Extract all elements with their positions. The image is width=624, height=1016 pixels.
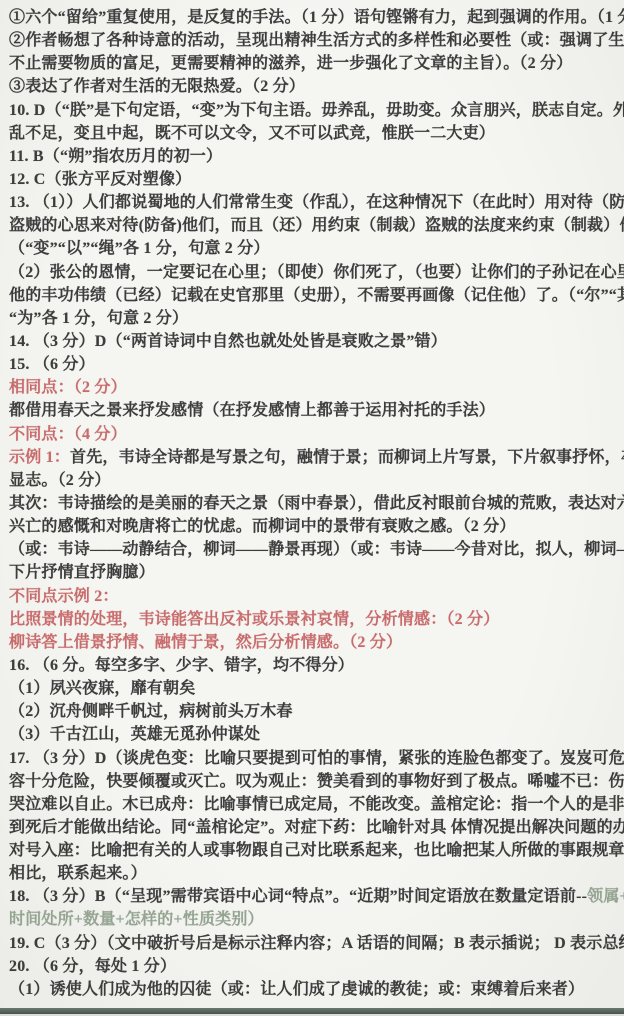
answer-lines: ①六个“留给”重复使用，是反复的手法。（1 分）语句铿锵有力，起到强调的作用。（… [9,6,616,1001]
text-line: 相同点：（2 分） [9,376,616,399]
text-segment: （3）千古江山，英雄无觅孙仲谋处 [9,726,260,743]
text-segment: 11. B（“朔”指农历月的初一） [9,148,222,165]
text-line: 他的丰功伟绩（已经）记载在史官那里（史册），不需要再画像（记住他）了。（“尔”“… [9,284,616,307]
answer-key-document: ①六个“留给”重复使用，是反复的手法。（1 分）语句铿锵有力，起到强调的作用。（… [0,0,624,1016]
text-segment: “为”各 1 分，句意 2 分） [9,310,188,327]
text-segment: 对号入座：比喻把有关的人或事物跟自己对比联系起来，也比喻把某人所做的事跟规章制度 [9,842,624,859]
text-segment: ③表达了作者对生活的无限热爱。（2 分） [9,78,305,95]
text-line: 盗贼的心思来对待(防备)他们，而且（还）用约束（制裁）盗贼的法度来约束（制裁）他… [9,214,616,237]
text-line: 不止需要物质的富足，更需要精神的滋养，进一步强化了文章的主旨）。（2 分） [9,52,616,75]
text-line: 时间处所+数量+怎样的+性质类别） [9,908,616,931]
text-line: 10. D（“朕”是下句定语，“变”为下句主语。毋养乱，毋助变。众言朋兴，朕志自… [9,99,616,122]
text-segment: （2）沉舟侧畔千帆过，病树前头万木春 [9,703,293,720]
text-line: 12. C（张方平反对塑像） [9,168,616,191]
text-line: 不同点：（4 分） [9,423,616,446]
text-line: （2）张公的恩情，一定要记在心里；（即使）你们死了，（也要）让你们的子孙记在心里… [9,261,616,284]
text-line: ②作者畅想了各种诗意的活动，呈现出精神生活方式的多样性和必要性（或：强调了生活中 [9,29,616,52]
text-segment: 不止需要物质的富足，更需要精神的滋养，进一步强化了文章的主旨）。（2 分） [9,55,572,72]
text-segment: 16. （6 分。每空多字、少字、错字，均不得分） [9,657,354,674]
text-segment: 显志。（2 分） [9,472,111,489]
text-line: 容十分危险，快要倾覆或灭亡。叹为观止：赞美看到的事物好到了极点。唏嘘不已：伤心地 [9,770,616,793]
text-line: ③表达了作者对生活的无限热爱。（2 分） [9,75,616,98]
text-line: ①六个“留给”重复使用，是反复的手法。（1 分）语句铿锵有力，起到强调的作用。（… [9,6,616,29]
text-line: 比照景情的处理，韦诗能答出反衬或乐景衬哀情，分析情感：（2 分） [9,608,616,631]
text-segment: 比照景情的处理，韦诗能答出反衬或乐景衬哀情，分析情感：（2 分） [9,611,499,628]
text-line: 下片抒情直抒胸臆） [9,561,616,584]
text-segment: 领属+ [587,888,624,905]
text-segment: 盗贼的心思来对待(防备)他们，而且（还）用约束（制裁）盗贼的法度来约束（制裁）他… [9,217,624,234]
text-segment: 19. C（3 分）（文中破折号后是标示注释内容；A 话语的间隔；B 表示插说；… [9,935,624,952]
text-segment: 不同点：（4 分） [9,426,127,443]
text-segment: 哭泣难以自止。木已成舟：比喻事情已成定局，不能改变。盖棺定论：指一个人的是非功过 [9,796,624,813]
text-line: “为”各 1 分，句意 2 分） [9,307,616,330]
text-line: 相比，联系起来。） [9,862,616,885]
text-segment: （2）张公的恩情，一定要记在心里；（即使）你们死了，（也要）让你们的子孙记在心里… [9,264,624,281]
text-segment: 乱不足，变且中起，既不可以文令，又不可以武竞，惟朕一二大吏） [9,125,495,142]
text-segment: （1）诱使人们成为他的囚徒（或：让人们成了虔诚的教徒；或：束缚着后来者） [9,981,584,998]
text-line: 显志。（2 分） [9,469,616,492]
text-segment: 容十分危险，快要倾覆或灭亡。叹为观止：赞美看到的事物好到了极点。唏嘘不已：伤心地 [9,773,624,790]
text-segment: 时间处所+数量+怎样的+性质类别） [9,911,264,928]
text-segment: 到死后才能做出结论。同“盖棺论定”。对症下药：比喻针对具 体情况提出解决问题的办… [9,819,624,836]
text-segment: 他的丰功伟绩（已经）记载在史官那里（史册），不需要再画像（记住他）了。（“尔”“… [9,287,624,304]
text-segment: 首先，韦诗全诗都是写景之句，融情于景；而柳词上片写景，下片叙事抒怀，卒章 [70,449,624,466]
text-line: 17. （3 分）D（谈虎色变：比喻只要提到可怕的事情，紧张的连脸色都变了。岌岌… [9,747,616,770]
text-line: 其次：韦诗描绘的是美丽的春天之景（雨中春景），借此反衬眼前台城的荒败，表达对六朝 [9,492,616,515]
text-line: 不同点示例 2： [9,585,616,608]
text-segment: 15. （6 分） [9,356,95,373]
text-line: 18. （3 分）B（“呈现”需带宾语中心词“特点”。“近期”时间定语放在数量定… [9,885,616,908]
text-segment: 13. （1））人们都说蜀地的人们常常生变（作乱），在这种情况下（在此时）用对待… [9,194,624,211]
text-segment: 下片抒情直抒胸臆） [9,564,155,581]
text-segment: 相比，联系起来。） [9,865,147,882]
text-segment: ②作者畅想了各种诗意的活动，呈现出精神生活方式的多样性和必要性（或：强调了生活中 [9,32,624,49]
text-segment: 18. （3 分）B（“呈现”需带宾语中心词“特点”。“近期”时间定语放在数量定… [9,888,587,905]
text-segment: （或：韦诗——动静结合，柳词——静景再现）（或：韦诗——今昔对比，拟人，柳词—— [9,541,624,558]
text-line: 柳诗答上借景抒情、融情于景，然后分析情感。（2 分） [9,631,616,654]
text-segment: 20. （6 分，每处 1 分） [9,958,176,975]
text-segment: 12. C（张方平反对塑像） [9,171,191,188]
text-segment: 17. （3 分）D（谈虎色变：比喻只要提到可怕的事情，紧张的连脸色都变了。岌岌… [9,750,624,767]
text-segment: 都借用春天之景来抒发感情（在抒发感情上都善于运用衬托的手法） [9,402,495,419]
text-line: （1）夙兴夜寐，靡有朝矣 [9,677,616,700]
text-line: 19. C（3 分）（文中破折号后是标示注释内容；A 话语的间隔；B 表示插说；… [9,932,616,955]
text-line: 到死后才能做出结论。同“盖棺论定”。对症下药：比喻针对具 体情况提出解决问题的办… [9,816,616,839]
bottom-edge-bar [0,1008,624,1014]
text-segment: 相同点：（2 分） [9,379,127,396]
text-line: 都借用春天之景来抒发感情（在抒发感情上都善于运用衬托的手法） [9,399,616,422]
text-line: （3）千古江山，英雄无觅孙仲谋处 [9,723,616,746]
text-line: （1）诱使人们成为他的囚徒（或：让人们成了虔诚的教徒；或：束缚着后来者） [9,978,616,1001]
text-line: 20. （6 分，每处 1 分） [9,955,616,978]
text-line: 13. （1））人们都说蜀地的人们常常生变（作乱），在这种情况下（在此时）用对待… [9,191,616,214]
text-line: 乱不足，变且中起，既不可以文令，又不可以武竞，惟朕一二大吏） [9,122,616,145]
text-segment: （1）夙兴夜寐，靡有朝矣 [9,680,195,697]
text-segment: 示例 1： [9,449,70,466]
text-segment: 10. D（“朕”是下句定语，“变”为下句主语。毋养乱，毋助变。众言朋兴，朕志自… [9,102,624,119]
text-line: （“变”“以”“绳”各 1 分，句意 2 分） [9,237,616,260]
text-line: 兴亡的感慨和对晚唐将亡的忧虑。而柳词中的景带有衰败之感。（2 分） [9,515,616,538]
text-line: 16. （6 分。每空多字、少字、错字，均不得分） [9,654,616,677]
text-line: 对号入座：比喻把有关的人或事物跟自己对比联系起来，也比喻把某人所做的事跟规章制度 [9,839,616,862]
text-segment: ①六个“留给”重复使用，是反复的手法。（1 分）语句铿锵有力，起到强调的作用。（… [9,9,624,26]
text-segment: 柳诗答上借景抒情、融情于景，然后分析情感。（2 分） [9,634,402,651]
text-line: 14. （3 分）D（“两首诗词中自然也就处处皆是衰败之景”错） [9,330,616,353]
text-segment: 兴亡的感慨和对晚唐将亡的忧虑。而柳词中的景带有衰败之感。（2 分） [9,518,516,535]
text-line: 哭泣难以自止。木已成舟：比喻事情已成定局，不能改变。盖棺定论：指一个人的是非功过 [9,793,616,816]
text-line: （或：韦诗——动静结合，柳词——静景再现）（或：韦诗——今昔对比，拟人，柳词—— [9,538,616,561]
text-segment: 14. （3 分）D（“两首诗词中自然也就处处皆是衰败之景”错） [9,333,447,350]
text-line: （2）沉舟侧畔千帆过，病树前头万木春 [9,700,616,723]
text-segment: 其次：韦诗描绘的是美丽的春天之景（雨中春景），借此反衬眼前台城的荒败，表达对六朝 [9,495,624,512]
text-line: 11. B（“朔”指农历月的初一） [9,145,616,168]
text-line: 15. （6 分） [9,353,616,376]
text-segment: 不同点示例 2： [9,588,119,605]
text-segment: （“变”“以”“绳”各 1 分，句意 2 分） [9,240,270,257]
text-line: 示例 1：首先，韦诗全诗都是写景之句，融情于景；而柳词上片写景，下片叙事抒怀，卒… [9,446,616,469]
